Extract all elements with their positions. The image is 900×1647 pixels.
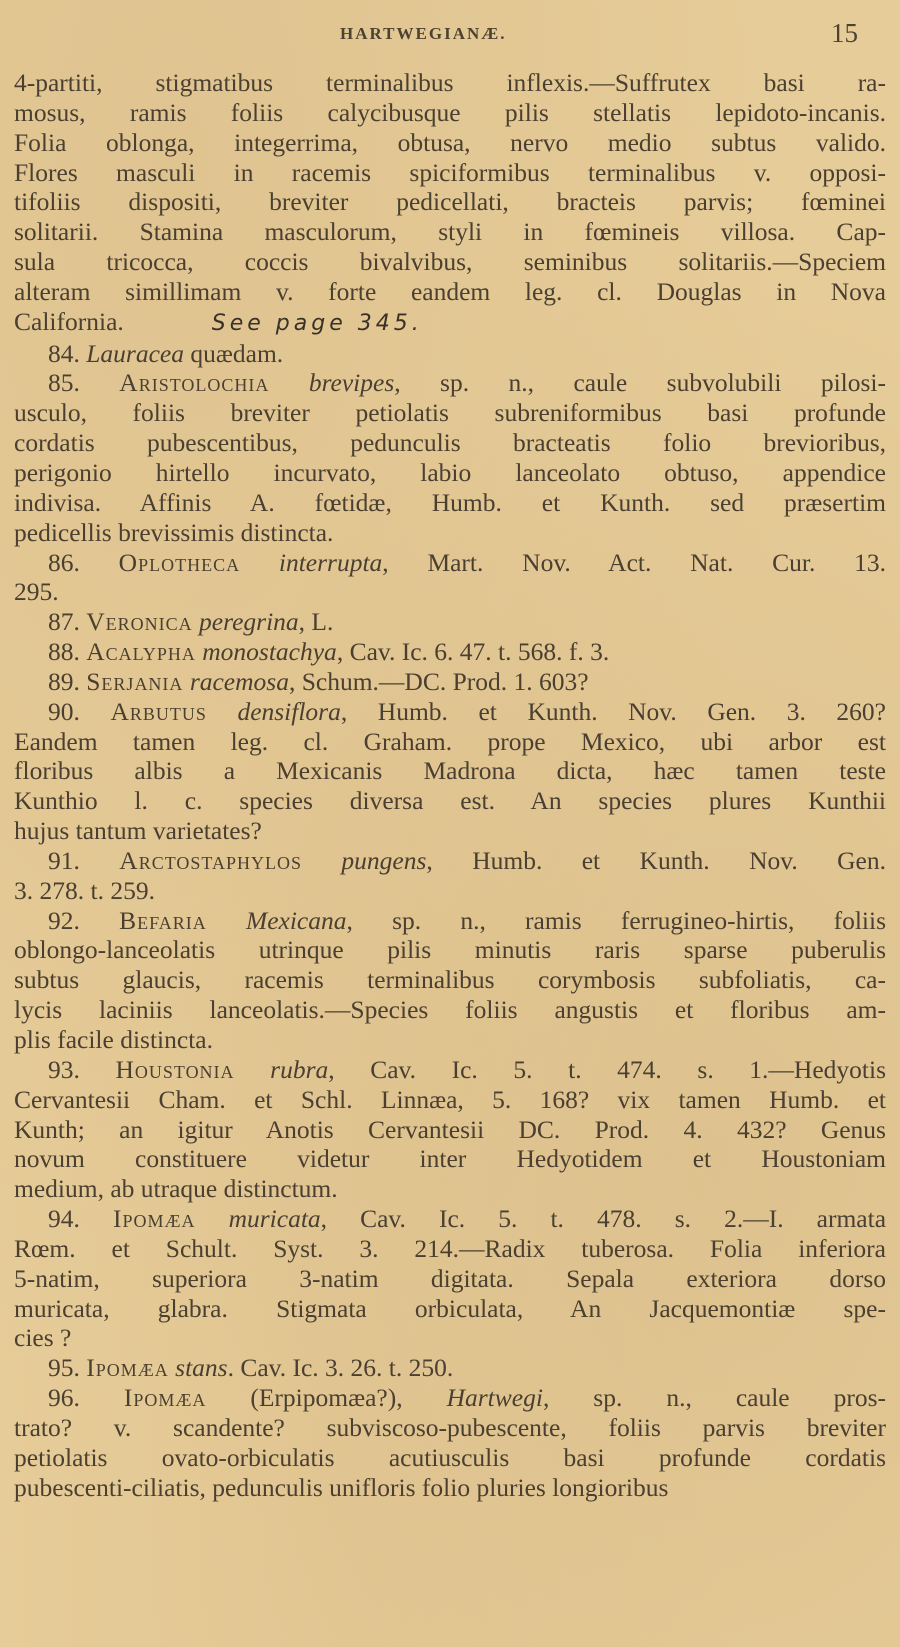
text-line: Rœm. et Schult. Syst. 3. 214.—Radix tube… [14,1234,886,1264]
species-entry: 88. Acalypha monostachya, Cav. Ic. 6. 47… [14,637,886,667]
text-line: cies ? [14,1323,886,1353]
genus-name: Aristolochia [119,368,269,397]
genus-name: Ipomæa [124,1383,207,1412]
genus-name: Houstonia [115,1055,234,1084]
text-line: petiolatis ovato-orbiculatis acutiusculi… [14,1443,886,1473]
text-line: usculo, foliis breviter petiolatis subre… [14,398,886,428]
entry-number: 92. [48,906,80,935]
genus-name: Arbutus [110,697,206,726]
species-name: pungens [341,846,426,875]
entry-citation: , Cav. Ic. 5. t. 474. s. 1.—Hedyotis [328,1055,886,1084]
entry-citation: . Cav. Ic. 3. 26. t. 250. [228,1353,454,1382]
species-name: Mexicana [246,906,347,935]
entry-number: 85. [48,368,80,397]
text-line: pedicellis brevissimis distincta. [14,518,886,548]
subgenus: (Erpipomæa?), [206,1383,446,1412]
entry-first-line: 92. Befaria Mexicana, sp. n., ramis ferr… [14,906,886,936]
species-name: peregrina [199,607,299,636]
species-entry: 95. Ipomæa stans. Cav. Ic. 3. 26. t. 250… [14,1353,886,1383]
entry-number: 89. [48,667,80,696]
text-line: 295. [14,577,886,607]
text-line: trato? v. scandente? subviscoso-pubescen… [14,1413,886,1443]
species-entry: 85. Aristolochia brevipes, sp. n., caule… [14,368,886,547]
genus-name: Befaria [119,906,207,935]
entry-number: 88. [48,637,80,666]
entry-citation: , Mart. Nov. Act. Nat. Cur. 13. [382,548,886,577]
text-line: Folia oblonga, integerrima, obtusa, nerv… [14,128,886,158]
entry-number: 90. [48,697,80,726]
species-name: interrupta [279,548,382,577]
text-line: indivisa. Affinis A. fœtidæ, Humb. et Ku… [14,488,886,518]
entry-citation: , sp. n., caule subvolubili pilosi- [394,368,886,397]
entry-citation: , Humb. et Kunth. Nov. Gen. 3. 260? [341,697,886,726]
entry-first-line: 91. Arctostaphylos pungens, Humb. et Kun… [14,846,886,876]
species-name: muricata [229,1204,321,1233]
species-name: rubra [270,1055,328,1084]
entry-first-line: 90. Arbutus densiflora, Humb. et Kunth. … [14,697,886,727]
entry-first-line: 86. Oplotheca interrupta, Mart. Nov. Act… [14,548,886,578]
text-fragment: California. [14,307,124,336]
species-entries: 84. Lauracea quædam.85. Aristolochia bre… [14,339,886,1503]
running-title: HARTWEGIANÆ. [340,24,507,44]
species-name: densiflora [237,697,340,726]
entry-first-line: 95. Ipomæa stans. Cav. Ic. 3. 26. t. 250… [14,1353,886,1383]
genus-name: Acalypha [86,637,196,666]
entry-number: 95. [48,1353,80,1382]
entry-first-line: 94. Ipomæa muricata, Cav. Ic. 5. t. 478.… [14,1204,886,1234]
text-line: Cervantesii Cham. et Schl. Linnæa, 5. 16… [14,1085,886,1115]
text-line: floribus albis a Mexicanis Madrona dicta… [14,756,886,786]
species-name: brevipes [309,368,394,397]
species-entry: 87. Veronica peregrina, L. [14,607,886,637]
entry-first-line: 88. Acalypha monostachya, Cav. Ic. 6. 47… [14,637,886,667]
text-line: novum constituere videtur inter Hedyotid… [14,1144,886,1174]
text-line: Eandem tamen leg. cl. Graham. prope Mexi… [14,727,886,757]
species-name: racemosa [190,667,289,696]
handwritten-annotation: See page 345. [212,311,423,336]
body-text: 4-partiti, stigmatibus terminalibus infl… [14,68,886,1503]
entry-number: 87. [48,607,80,636]
entry-number: 94. [48,1204,80,1233]
species-name: Lauracea [86,339,184,368]
species-entry: 93. Houstonia rubra, Cav. Ic. 5. t. 474.… [14,1055,886,1204]
text-line: alteram simillimam v. forte eandem leg. … [14,277,886,307]
entry-citation: , sp. n., caule pros- [543,1383,886,1412]
species-entry: 89. Serjania racemosa, Schum.—DC. Prod. … [14,667,886,697]
entry-number: 84. [48,339,80,368]
text-line: 3. 278. t. 259. [14,876,886,906]
species-name: Hartwegi [447,1383,543,1412]
species-entry: 96. Ipomæa (Erpipomæa?), Hartwegi, sp. n… [14,1383,886,1502]
text-line: 4-partiti, stigmatibus terminalibus infl… [14,68,886,98]
entry-number: 86. [48,548,80,577]
text-line: mosus, ramis foliis calycibusque pilis s… [14,98,886,128]
entry-first-line: 93. Houstonia rubra, Cav. Ic. 5. t. 474.… [14,1055,886,1085]
text-line: plis facile distincta. [14,1025,886,1055]
text-line: hujus tantum varietates? [14,816,886,846]
entry-first-line: 89. Serjania racemosa, Schum.—DC. Prod. … [14,667,886,697]
entry-first-line: 85. Aristolochia brevipes, sp. n., caule… [14,368,886,398]
text-line: cordatis pubescentibus, pedunculis bract… [14,428,886,458]
genus-name: Serjania [86,667,183,696]
text-line: oblongo-lanceolatis utrinque pilis minut… [14,935,886,965]
entry-first-line: 87. Veronica peregrina, L. [14,607,886,637]
book-page: HARTWEGIANÆ. 15 4-partiti, stigmatibus t… [0,0,900,1647]
text-line: muricata, glabra. Stigmata orbiculata, A… [14,1294,886,1324]
text-line: subtus glaucis, racemis terminalibus cor… [14,965,886,995]
genus-name: Oplotheca [119,548,240,577]
entry-number: 91. [48,846,80,875]
genus-name: Ipomæa [86,1353,169,1382]
text-line: California.See page 345. [14,307,886,339]
species-entry: 92. Befaria Mexicana, sp. n., ramis ferr… [14,906,886,1055]
entry-number: 96. [48,1383,80,1412]
genus-name: Veronica [86,607,192,636]
entry-first-line: 84. Lauracea quædam. [14,339,886,369]
genus-name: Arctostaphylos [119,846,302,875]
text-line: Kunthio l. c. species diversa est. An sp… [14,786,886,816]
text-line: perigonio hirtello incurvato, labio lanc… [14,458,886,488]
text-line: 5-natim, superiora 3-natim digitata. Sep… [14,1264,886,1294]
entry-number: 93. [48,1055,80,1084]
entry-first-line: 96. Ipomæa (Erpipomæa?), Hartwegi, sp. n… [14,1383,886,1413]
entry-citation: , sp. n., ramis ferrugineo-hirtis, folii… [347,906,887,935]
entry-citation: , Schum.—DC. Prod. 1. 603? [289,667,589,696]
species-entry: 90. Arbutus densiflora, Humb. et Kunth. … [14,697,886,846]
text-line: medium, ab utraque distinctum. [14,1174,886,1204]
text-line: solitarii. Stamina masculorum, styli in … [14,217,886,247]
text-line: tifoliis dispositi, breviter pedicellati… [14,187,886,217]
text-line: lycis laciniis lanceolatis.—Species foli… [14,995,886,1025]
entry-citation: , Cav. Ic. 6. 47. t. 568. f. 3. [337,637,609,666]
entry-citation: , Humb. et Kunth. Nov. Gen. [426,846,886,875]
genus-name: Ipomæa [113,1204,196,1233]
species-name: monostachya [202,637,337,666]
text-line: Flores masculi in racemis spiciformibus … [14,158,886,188]
entry-citation: quædam. [184,339,283,368]
text-line: sula tricocca, coccis bivalvibus, semini… [14,247,886,277]
entry-citation: , L. [299,607,334,636]
species-entry: 94. Ipomæa muricata, Cav. Ic. 5. t. 478.… [14,1204,886,1353]
running-head: HARTWEGIANÆ. 15 [0,20,900,50]
species-entry: 86. Oplotheca interrupta, Mart. Nov. Act… [14,548,886,608]
intro-paragraph: 4-partiti, stigmatibus terminalibus infl… [14,68,886,339]
species-entry: 84. Lauracea quædam. [14,339,886,369]
text-line: Kunth; an igitur Anotis Cervantesii DC. … [14,1115,886,1145]
page-number: 15 [831,18,858,49]
entry-citation: , Cav. Ic. 5. t. 478. s. 2.—I. armata [321,1204,886,1233]
species-name: stans [175,1353,227,1382]
text-line: pubescenti-ciliatis, pedunculis uniflori… [14,1473,886,1503]
species-entry: 91. Arctostaphylos pungens, Humb. et Kun… [14,846,886,906]
